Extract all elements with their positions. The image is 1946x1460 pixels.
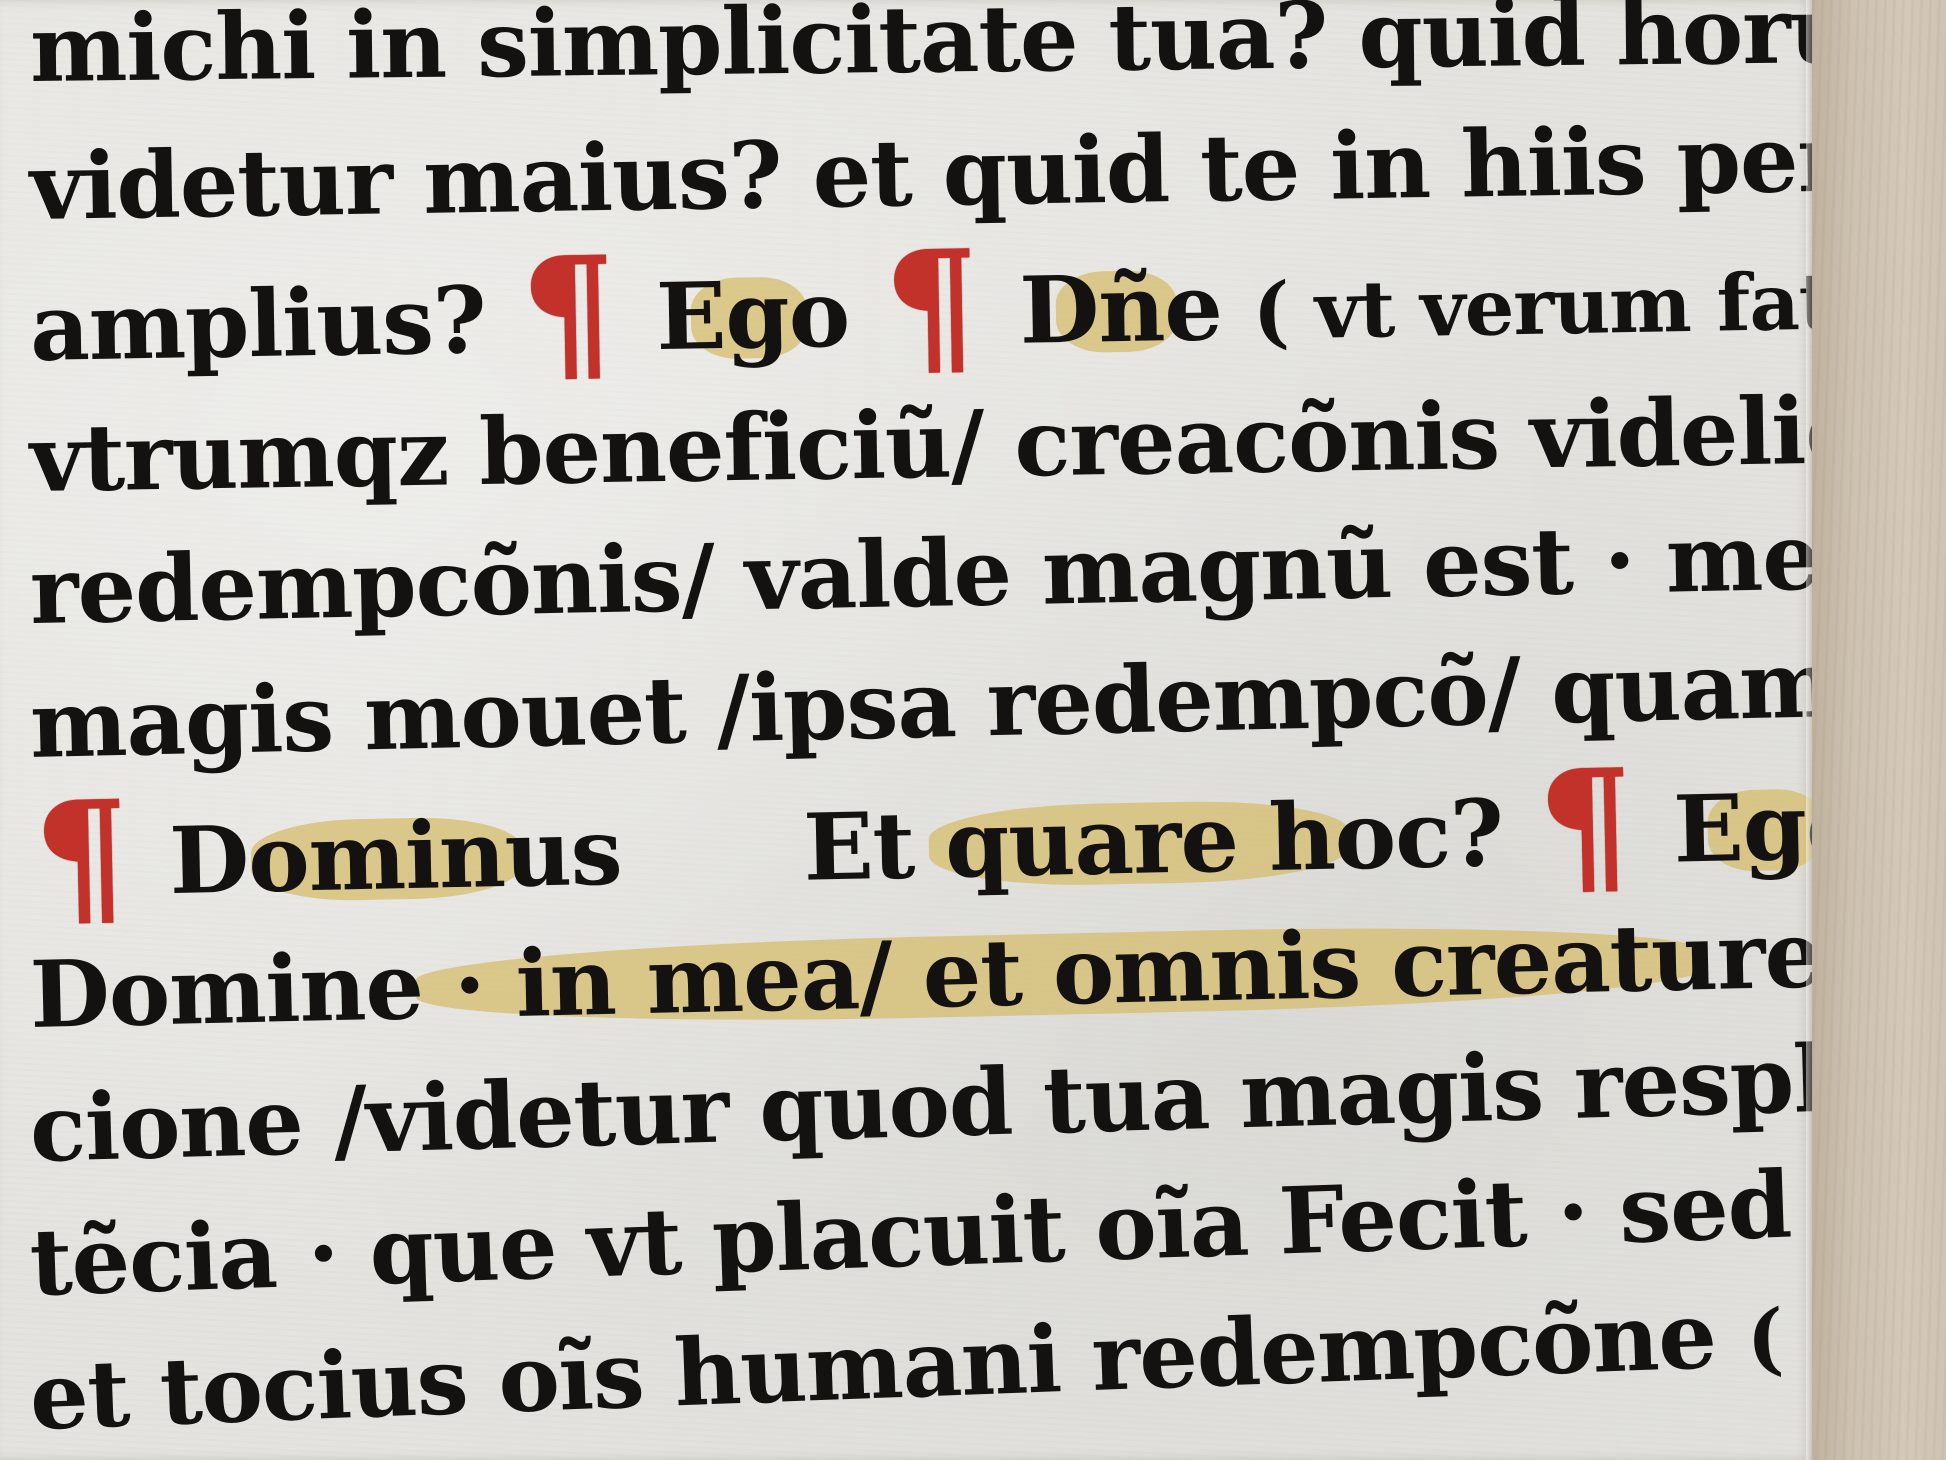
rubric-pilcrow-icon: ¶	[520, 262, 616, 364]
rubric-pilcrow-icon: ¶	[1537, 774, 1634, 876]
spacer	[653, 880, 773, 883]
capitalized-word: Dominus	[168, 785, 623, 928]
capitalized-phrase: Et quare hoc?	[802, 766, 1504, 915]
printed-page: michi in simplicitate tua? quid horum ti…	[0, 0, 1812, 1460]
capitalized-word: Ego	[655, 247, 850, 384]
rubric-pilcrow-icon: ¶	[33, 806, 130, 908]
line-text: amplius?	[29, 253, 487, 395]
photo-stage: michi in simplicitate tua? quid horum ti…	[0, 0, 1946, 1460]
capitalized-word: Dñe	[1018, 240, 1223, 378]
rubric-pilcrow-icon: ¶	[883, 255, 979, 357]
binding-edge	[1812, 0, 1946, 1460]
text-block: michi in simplicitate tua? quid horum ti…	[30, 0, 1820, 1456]
